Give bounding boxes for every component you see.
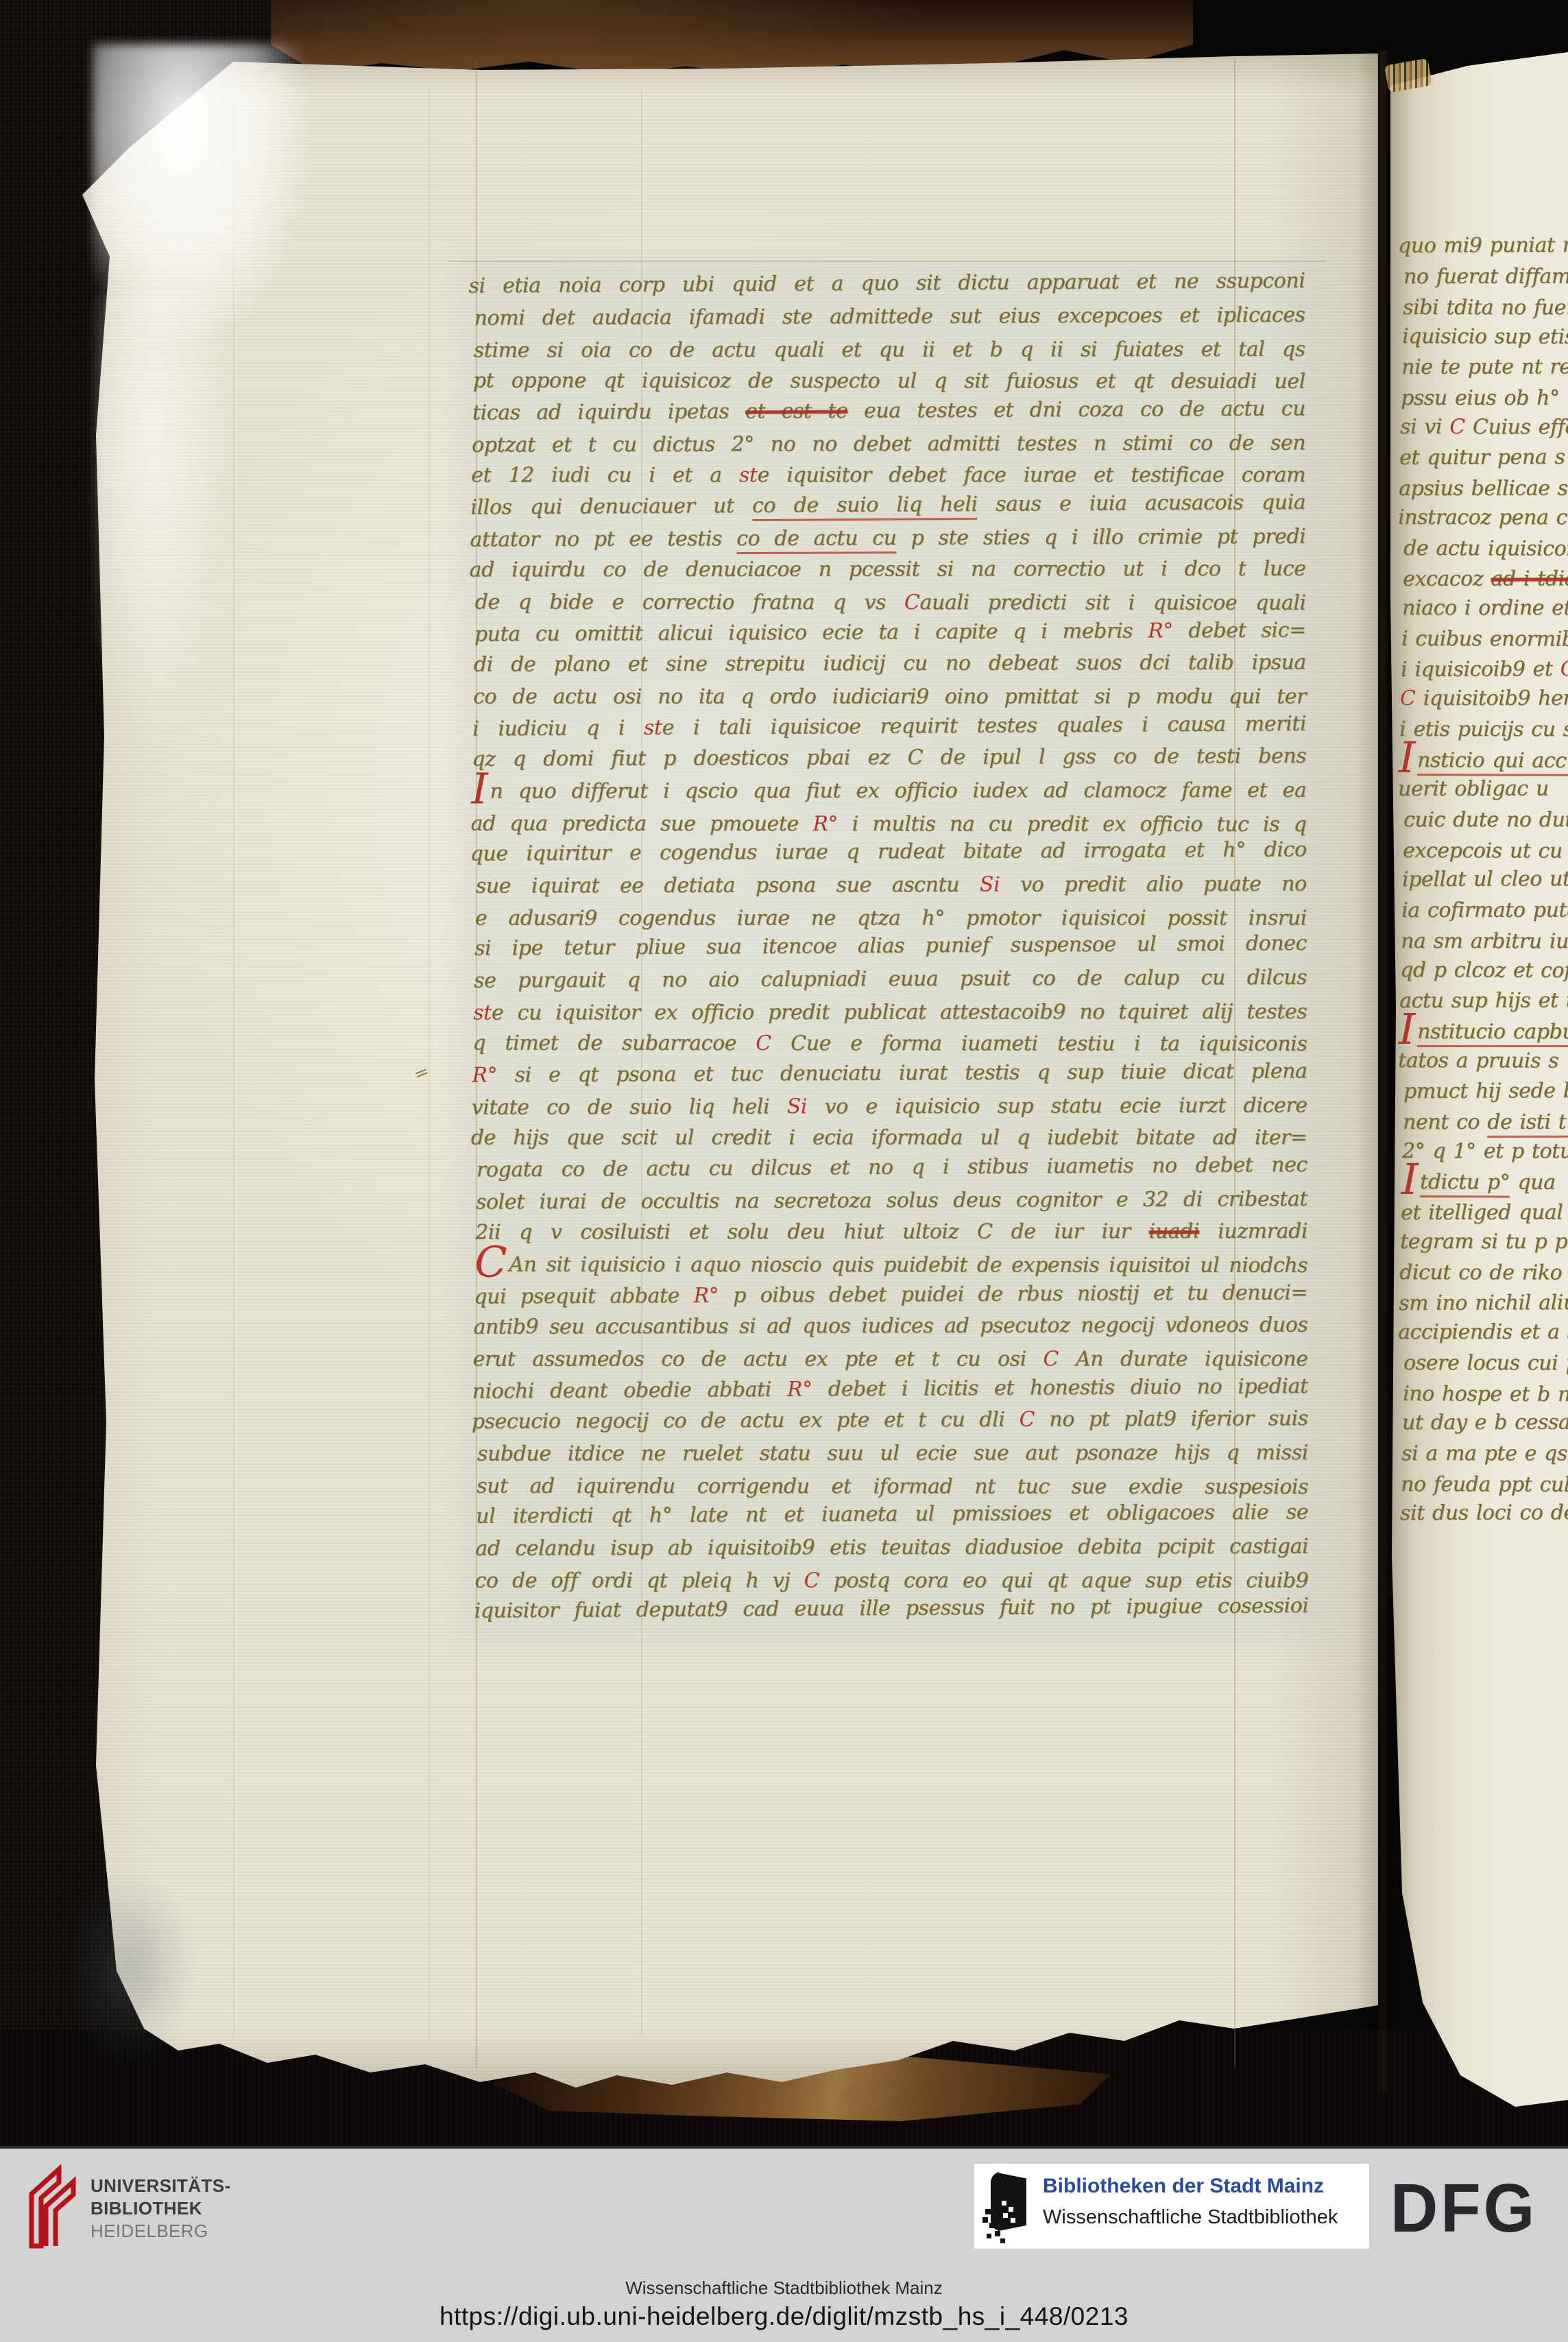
- ink-text: quo mi9 puniat ne: [1398, 233, 1568, 258]
- ink-text: p ste sties q i illo crimie pt predi: [896, 525, 1305, 550]
- ink-text: solet iurai de occultis na secretoza sol…: [476, 1187, 1307, 1215]
- manuscript-line: puta cu omittit alicui iquisico ecie ta …: [474, 614, 1306, 650]
- ink-text: nomi det audacia ifamadi ste admittede s…: [474, 303, 1305, 331]
- manuscript-line: sit dus loci co de spor: [1400, 1498, 1568, 1529]
- manuscript-line: ste cu iquisitor ex officio predit publi…: [473, 996, 1307, 1029]
- manuscript-line: 2ii q v cosiluisti et solu deu hiut ulto…: [475, 1216, 1307, 1249]
- ink-text: no fuerat diffamat: [1403, 265, 1568, 289]
- ink-text: sue iquirat ee detiata psona sue ascntu: [476, 873, 980, 898]
- ink-text: debet i licitis et honestis diuio no ipe…: [812, 1374, 1308, 1402]
- manuscript-line: stime si oia co de actu quali et qu ii e…: [474, 334, 1305, 367]
- manuscript-line: ut day e b cessacio q: [1402, 1407, 1568, 1438]
- ink-text: iquisicio sup etis cri: [1402, 324, 1568, 349]
- manuscript-line: pmuct hij sede bacat: [1403, 1076, 1568, 1107]
- manuscript-line: di de plano et sine strepitu iudicij cu …: [474, 647, 1306, 680]
- manuscript-line: nie te pute nt rel: [1401, 352, 1568, 383]
- ink-text: i multis na cu predit ex officio tuc is …: [838, 812, 1306, 837]
- ink-text: 2ii q v cosiluisti et solu deu hiut ulto…: [475, 1219, 1149, 1244]
- manuscript-line: 2° q 1° et p totu: [1402, 1136, 1568, 1167]
- manuscript-text-block: si etia noia corp ubi quid et a quo sit …: [471, 269, 1308, 1627]
- rubric-mark: C: [1400, 686, 1416, 710]
- dfg-logo: DFG: [1390, 2169, 1537, 2248]
- ink-text: nent co: [1403, 1110, 1487, 1134]
- ink-text: An sit iquisicio i aquo nioscio quis pui…: [509, 1253, 1307, 1278]
- ink-text: et quitur pena s: [1399, 445, 1565, 470]
- manuscript-line: i etis puicijs cu sequ: [1399, 715, 1568, 745]
- rubric-mark: R°: [787, 1377, 812, 1401]
- paper-chain-line: [233, 89, 234, 2037]
- manuscript-line: no fuerat diffamat: [1403, 262, 1568, 292]
- manuscript-line: iquisitor fuiat deputat9 cad euua ille p…: [474, 1590, 1308, 1627]
- red-underlined-text: nsticio qui accu: [1417, 748, 1568, 776]
- manuscript-line: psecucio negocij co de actu ex pte et t …: [472, 1403, 1308, 1438]
- ink-text: qui psequit abbate: [474, 1284, 694, 1309]
- red-underlined-text: co de suio liq heli: [752, 492, 978, 521]
- ink-text: vo e iquisicio sup statu ecie iurzt dice…: [807, 1093, 1307, 1119]
- ink-text: subdue itdice ne ruelet statu suu ul eci…: [477, 1441, 1308, 1466]
- ink-text: uerit obligac u: [1398, 776, 1549, 801]
- ink-text: pssu eius ob h°: [1401, 386, 1560, 410]
- manuscript-line: sue iquirat ee detiata psona sue ascntu …: [476, 868, 1307, 902]
- ink-text: ticas ad iquirdu ipetas: [472, 400, 745, 425]
- manuscript-line: i iquisicoib9 et C Cue: [1401, 654, 1568, 685]
- ink-text: iquisitor fuiat deputat9 cad euua ille p…: [474, 1594, 1308, 1623]
- footer-bar: UNIVERSITÄTS- BIBLIOTHEK HEIDELBERG Bibl…: [0, 2149, 1568, 2342]
- ink-text: erut assumedos co de actu ex pte et t cu…: [473, 1347, 1044, 1371]
- ink-text: no pt plat9 iferior suis: [1035, 1407, 1308, 1432]
- manuscript-line: illos qui denuciauer ut co de suio liq h…: [470, 487, 1305, 524]
- manuscript-line: qz q domi fiut p doesticos pbai ez C de …: [472, 741, 1306, 776]
- ink-text: et 12 iudi cu i et a: [471, 464, 739, 488]
- mainz-logo-line2: Wissenschaftliche Stadtbibliothek: [1043, 2206, 1338, 2229]
- manuscript-line: tegram si tu p pte: [1400, 1227, 1568, 1257]
- ink-text: accipiendis et a sepulti: [1398, 1320, 1568, 1344]
- ink-text: i cuibus enormib9: [1401, 627, 1568, 652]
- rubric-mark: C: [904, 590, 920, 614]
- ub-logo-line2: BIBLIOTHEK: [91, 2197, 231, 2220]
- manuscript-line: attator no pt ee testis co de actu cu p …: [470, 521, 1305, 556]
- manuscript-line: i iudiciu q i ste i tali iquisicoe requi…: [472, 708, 1306, 745]
- ink-text: e iquisitor debet face iurae et testific…: [758, 463, 1306, 487]
- manuscript-line: et quitur pena s: [1399, 442, 1568, 473]
- ink-text: ad qua predicta sue pmouete: [471, 812, 813, 837]
- ink-text: co de off ordi qt pleiq h vj: [474, 1569, 804, 1593]
- ink-text: stime si oia co de actu quali et qu ii e…: [474, 337, 1305, 363]
- ink-text: 2° q 1° et p totu: [1402, 1139, 1568, 1163]
- ink-text: auali predicti sit i quisicoe quali: [919, 590, 1305, 615]
- ink-text: ia cofirmato puta i: [1401, 898, 1568, 922]
- manuscript-line: que iquiritur e cogendus iurae q rudeat …: [470, 834, 1307, 870]
- ink-text: si etia noia corp ubi quid et a quo sit …: [468, 269, 1305, 298]
- pixel-book-icon: [982, 2169, 1036, 2245]
- manuscript-line: excepcois ut cu obiat: [1403, 836, 1568, 867]
- manuscript-line: de actu iquisicois T: [1403, 534, 1568, 564]
- rubric-initial: I: [1401, 1154, 1418, 1204]
- manuscript-line: CAn sit iquisicio i aquo nioscio quis pu…: [474, 1250, 1307, 1282]
- ink-text: attator no pt ee testis: [470, 527, 736, 551]
- scan-source-url: https://digi.ub.uni-heidelberg.de/diglit…: [0, 2302, 1568, 2331]
- manuscript-line: si ipe tetur pliue sua itencoe alias pun…: [474, 928, 1307, 965]
- ub-logo-line3: HEIDELBERG: [91, 2220, 231, 2243]
- ink-text: ad iquirdu co de denuciacoe n pcessit si…: [470, 557, 1306, 582]
- manuscript-line: Itdictu p° qua: [1401, 1167, 1568, 1198]
- manuscript-line: antib9 seu accusantibus si ad quos iudic…: [473, 1309, 1307, 1343]
- ink-text: co de actu osi no ita q ordo iudiciari9 …: [473, 684, 1306, 708]
- manuscript-line: subdue itdice ne ruelet statu suu ul eci…: [477, 1437, 1308, 1470]
- rubric-mark: C: [1560, 657, 1568, 681]
- rubric-initial: C: [474, 1237, 507, 1287]
- manuscript-line: instracoz pena cit: [1398, 503, 1568, 533]
- ink-text: psecucio negocij co de actu ex pte et t …: [472, 1408, 1020, 1434]
- manuscript-line: co de actu osi no ita q ordo iudiciari9 …: [473, 681, 1306, 713]
- ink-text: Cue e forma iuameti testiu i ta iquisico…: [771, 1031, 1307, 1056]
- manuscript-line: ad iquirdu co de denuciacoe n pcessit si…: [470, 553, 1306, 586]
- ink-text: qd p clcoz et cofirma: [1400, 958, 1568, 983]
- ink-text: Cuius effectu: [1465, 415, 1568, 440]
- manuscript-line: q timet de subarracoe C Cue e forma iuam…: [472, 1028, 1307, 1060]
- ink-text: puta cu omittit alicui iquisico ecie ta …: [474, 619, 1148, 647]
- rubric-mark: C: [804, 1569, 820, 1593]
- ink-smudge-stain: [75, 1869, 199, 2068]
- manuscript-line: nomi det audacia ifamadi ste admittede s…: [474, 300, 1305, 335]
- ink-text: eua testes et dni coza co de actu cu: [847, 396, 1305, 422]
- manuscript-line: In quo differut i qscio qua fiut ex offi…: [471, 775, 1306, 808]
- manuscript-line: optzat et t cu dictus 2° no no debet adm…: [472, 427, 1305, 461]
- ink-text: debet sic=: [1173, 618, 1306, 643]
- ink-text: vitate co de suio liq heli: [472, 1095, 787, 1119]
- manuscript-line: ad celandu isup ab iquisitoib9 etis teui…: [475, 1531, 1308, 1564]
- ink-text: qua: [1510, 1171, 1555, 1195]
- manuscript-line: quo mi9 puniat ne: [1398, 230, 1568, 261]
- manuscript-line: ul iterdicti qt h° late nt et iuaneta ul…: [476, 1496, 1308, 1532]
- ink-text: na sm arbitru iudic: [1401, 929, 1568, 953]
- manuscript-line: na sm arbitru iudic: [1401, 927, 1568, 957]
- ink-text: de q bide e correctio fratna q vs: [475, 590, 904, 615]
- ink-text: que iquiritur e cogendus iurae q rudeat …: [470, 837, 1307, 865]
- mainz-logo-line1: Bibliotheken der Stadt Mainz: [1043, 2175, 1324, 2198]
- ink-text: instracoz pena cit: [1398, 505, 1568, 529]
- ink-text: excacoz: [1403, 567, 1491, 591]
- manuscript-line: osere locus cui p se n: [1403, 1348, 1568, 1378]
- manuscript-line: tatos a pruuis s: [1398, 1046, 1568, 1077]
- manuscript-line: qd p clcoz et cofirma: [1400, 955, 1568, 986]
- ink-text: n quo differut i qscio qua fiut ex offic…: [490, 778, 1306, 804]
- manuscript-line: ia cofirmato puta i: [1401, 896, 1568, 926]
- ink-text: iquisitoib9 hereticoz: [1416, 686, 1568, 710]
- rubric-mark: R°: [812, 812, 838, 836]
- manuscript-line: qui psequit abbate R° p oibus debet puid…: [474, 1277, 1307, 1313]
- ink-text: cuic dute no dute: [1403, 808, 1568, 832]
- manuscript-line: uerit obligac u: [1398, 774, 1568, 804]
- open-book-outline-icon: [23, 2161, 84, 2249]
- ink-text: di de plano et sine strepitu iudicij cu …: [474, 650, 1306, 676]
- ink-text: et itelliged qual: [1401, 1200, 1563, 1225]
- manuscript-line: si a ma pte e qsuit qua: [1401, 1439, 1568, 1469]
- manuscript-line: iquisicio sup etis cri: [1402, 322, 1568, 353]
- ink-text: e adusari9 cogendus iurae ne qtza h° pmo…: [475, 906, 1307, 930]
- ink-text: si e qt psona et tuc denuciatu iurat tes…: [497, 1059, 1307, 1087]
- ink-text: ul iterdicti qt h° late nt et iuaneta ul…: [476, 1500, 1308, 1528]
- rubric-mark: Si: [787, 1095, 807, 1119]
- ink-text: pmuct hij sede bacat: [1403, 1079, 1568, 1103]
- manuscript-line: actu sup hijs et t qu: [1399, 985, 1568, 1016]
- manuscript-line: ino hospe et b no pot: [1403, 1379, 1568, 1410]
- ink-text: e i tali iquisicoe requirit testes quale…: [662, 712, 1307, 740]
- ink-text: se purgauit q no aio calupniadi euua psu…: [474, 966, 1307, 993]
- red-struck-text: et est te: [745, 399, 848, 424]
- ink-text: sibi tdita no fueri: [1403, 296, 1568, 320]
- ink-text: si vi: [1400, 415, 1449, 439]
- manuscript-line: pt oppone qt iquisicoz de suspecto ul q …: [473, 366, 1305, 398]
- manuscript-line: erut assumedos co de actu ex pte et t cu…: [473, 1343, 1308, 1375]
- ink-text: sut ad iquirendu corrigendu et iformad n…: [477, 1474, 1308, 1499]
- red-struck-text: iuadi: [1149, 1219, 1200, 1243]
- ink-text: i iquisicoib9 et: [1401, 657, 1560, 682]
- manuscript-line: se purgauit q no aio calupniadi euua psu…: [474, 962, 1307, 997]
- manuscript-line: ipellat ul cleo ut a: [1402, 864, 1568, 895]
- rubric-mark: C: [1449, 415, 1465, 439]
- red-underlined-text: de isti t i l: [1487, 1110, 1568, 1138]
- manuscript-line: excacoz ad i tdias: [1403, 564, 1568, 595]
- ink-text: nie te pute nt rel: [1401, 355, 1568, 379]
- facing-page-text-block: quo mi9 puniat neno fuerat diffamatsibi …: [1401, 232, 1568, 1529]
- manuscript-line: rogata co de actu cu dilcus et no q i st…: [477, 1149, 1307, 1186]
- ink-text: antib9 seu accusantibus si ad quos iudic…: [473, 1313, 1307, 1339]
- top-margin-ruling: [449, 261, 1327, 262]
- ink-text: ipellat ul cleo ut a: [1402, 867, 1568, 892]
- ink-text: p oibus debet puidei de rbus niostij et …: [719, 1280, 1307, 1307]
- ink-text: osere locus cui p se n: [1403, 1351, 1568, 1375]
- ink-text: pt oppone qt iquisicoz de suspecto ul q …: [473, 369, 1305, 394]
- paper-chain-line: [429, 89, 430, 2037]
- ink-text: si a ma pte e qsuit qua: [1401, 1442, 1568, 1466]
- ink-text: q timet de subarracoe: [472, 1031, 756, 1055]
- manuscript-line: si etia noia corp ubi quid et a quo sit …: [468, 265, 1305, 302]
- page-gutter-seam: [1379, 51, 1387, 2094]
- red-underlined-text: co de actu cu: [736, 526, 896, 554]
- ink-text: si ipe tetur pliue sua itencoe alias pun…: [474, 931, 1307, 961]
- manuscript-line: sm ino nichil aliud e: [1399, 1288, 1568, 1319]
- ink-text: niochi deant obedie abbati: [472, 1378, 788, 1404]
- manuscript-line: cuic dute no dute: [1403, 805, 1568, 835]
- rubric-mark: C: [756, 1031, 771, 1055]
- ink-text: saus e iuia acusacois quia: [978, 490, 1306, 516]
- rubric-mark: C: [1044, 1347, 1059, 1371]
- ink-text: actu sup hijs et t qu: [1399, 988, 1568, 1013]
- manuscript-line: R° si e qt psona et tuc denuciatu iurat …: [472, 1055, 1307, 1091]
- rubric-mark: C: [1020, 1407, 1035, 1431]
- ink-text: tatos a pruuis s: [1398, 1049, 1558, 1073]
- ink-text: qz q domi fiut p doesticos pbai ez C de …: [472, 744, 1306, 772]
- manuscript-line: no feuda ppt culpa aliu: [1401, 1470, 1568, 1501]
- torn-paper-fray: [96, 295, 233, 748]
- manuscript-line: niochi deant obedie abbati R° debet i li…: [472, 1371, 1308, 1408]
- ink-text: apsius bellicae sue: [1399, 477, 1568, 501]
- manuscript-line: accipiendis et a sepulti: [1398, 1317, 1568, 1348]
- ink-text: ino hospe et b no pot: [1403, 1382, 1568, 1407]
- ink-text: postq cora eo qui qt aque sup etis ciuib…: [819, 1568, 1308, 1592]
- manuscript-line: C iquisitoib9 hereticoz: [1400, 684, 1568, 714]
- ink-text: no feuda ppt culpa aliu: [1401, 1472, 1568, 1497]
- manuscript-line: si vi C Cuius effectu: [1400, 412, 1568, 443]
- manuscript-line: et 12 iudi cu i et a ste iquisitor debet…: [471, 459, 1305, 491]
- manuscript-line: de q bide e correctio fratna q vs Cauali…: [475, 587, 1306, 619]
- ink-text: niaco i ordine et bu: [1402, 596, 1568, 620]
- ink-text: de actu iquisicois T: [1403, 536, 1568, 561]
- ink-text: excepcois ut cu obiat: [1403, 839, 1568, 863]
- ink-text: tegram si tu p pte: [1400, 1230, 1568, 1254]
- ink-text: optzat et t cu dictus 2° no no debet adm…: [472, 431, 1305, 457]
- manuscript-line: i cuibus enormib9: [1401, 624, 1568, 655]
- rubric-mark: R°: [694, 1284, 719, 1308]
- red-underlined-text: tdictu p°: [1420, 1170, 1510, 1197]
- scan-caption: Wissenschaftliche Stadtbibliothek Mainz: [0, 2278, 1568, 2299]
- manuscript-line: ticas ad iquirdu ipetas et est te eua te…: [472, 393, 1305, 429]
- manuscript-line: solet iurai de occultis na secretoza sol…: [476, 1184, 1307, 1219]
- ink-text: ad celandu isup ab iquisitoib9 etis teui…: [475, 1534, 1308, 1560]
- rubric-mark: R°: [472, 1063, 497, 1087]
- digitized-manuscript-scan: = si etia noia corp ubi quid et a quo si…: [0, 0, 1568, 2342]
- ub-heidelberg-logo-text: UNIVERSITÄTS- BIBLIOTHEK HEIDELBERG: [91, 2175, 231, 2243]
- manuscript-line: apsius bellicae sue: [1399, 474, 1568, 504]
- ink-text: vo predit alio puate no: [1000, 872, 1307, 896]
- rubric-mark: R°: [1148, 619, 1173, 643]
- mainz-library-logo: Bibliotheken der Stadt Mainz Wissenschaf…: [974, 2164, 1369, 2249]
- ink-text: An durate iquisicone: [1059, 1347, 1307, 1371]
- ink-text: sit dus loci co de spor: [1400, 1501, 1568, 1525]
- manuscript-line: de hijs que scit ul credit i ecia iforma…: [471, 1122, 1307, 1154]
- ink-text: ut day e b cessacio q: [1402, 1410, 1568, 1435]
- manuscript-line: vitate co de suio liq heli Si vo e iquis…: [472, 1090, 1307, 1123]
- rubric-initial: I: [471, 764, 487, 814]
- ub-logo-line1: UNIVERSITÄTS-: [91, 2175, 231, 2197]
- ink-text: rogata co de actu cu dilcus et no q i st…: [477, 1153, 1307, 1182]
- manuscript-line: Institucio capbu: [1399, 1017, 1568, 1047]
- ink-text: i etis puicijs cu sequ: [1399, 717, 1568, 741]
- rubric-mark: st: [473, 1001, 492, 1025]
- red-underlined-text: nstitucio capbu: [1417, 1020, 1568, 1047]
- ink-text: i iudiciu q i: [472, 716, 644, 741]
- manuscript-line: pssu eius ob h°: [1401, 383, 1568, 414]
- manuscript-line: dicut co de riko sic: [1399, 1258, 1568, 1289]
- manuscript-line: sibi tdita no fueri: [1403, 293, 1568, 323]
- ink-text: e cu iquisitor ex officio predit publica…: [492, 1000, 1307, 1025]
- manuscript-line: et itelliged qual: [1401, 1197, 1568, 1228]
- ink-text: de hijs que scit ul credit i ecia iforma…: [471, 1125, 1307, 1149]
- manuscript-line: niaco i ordine et bu: [1402, 593, 1568, 623]
- rubric-mark: st: [644, 716, 662, 740]
- manuscript-line: nent co de isti t i l: [1403, 1108, 1568, 1138]
- rubric-mark: Si: [980, 873, 1000, 897]
- ink-text: illos qui denuciauer ut: [470, 494, 752, 520]
- ink-text: dicut co de riko sic: [1399, 1260, 1568, 1285]
- manuscript-line: Insticio qui accu: [1399, 745, 1568, 776]
- ink-text: sm ino nichil aliud e: [1399, 1291, 1568, 1315]
- rubric-mark: st: [739, 464, 758, 488]
- red-struck-text: ad i tdias: [1491, 566, 1568, 590]
- ink-text: iuzmradi: [1199, 1219, 1307, 1243]
